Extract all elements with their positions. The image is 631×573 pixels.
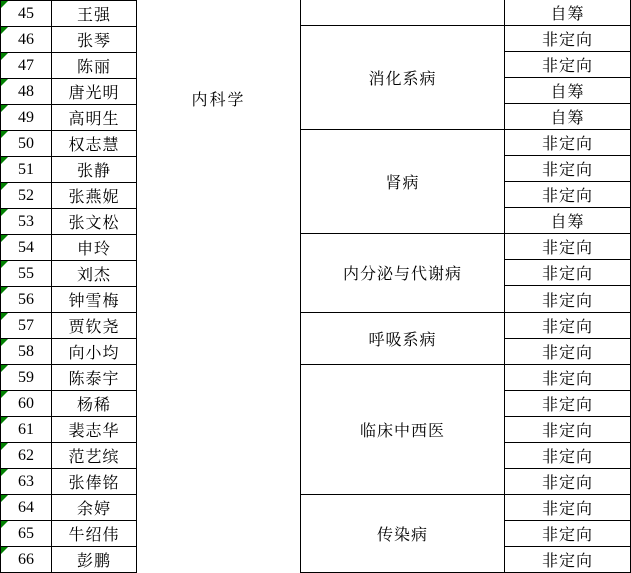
serial-number-cell[interactable]: 56 bbox=[1, 287, 52, 313]
serial-number-cell-text: 61 bbox=[18, 421, 34, 439]
serial-number-cell-text: 50 bbox=[18, 135, 34, 153]
funding-type-cell[interactable]: 非定向 bbox=[505, 443, 631, 469]
cell-error-indicator-triangle-icon bbox=[1, 365, 8, 372]
funding-type-cell-text: 非定向 bbox=[542, 53, 593, 76]
disease-category-cell-text: 临床中西医 bbox=[360, 418, 445, 441]
funding-type-cell-text: 非定向 bbox=[542, 27, 593, 50]
column-funding-type: 自筹非定向非定向自筹自筹非定向非定向非定向自筹非定向非定向非定向非定向非定向非定… bbox=[505, 0, 631, 573]
cell-error-indicator-triangle-icon bbox=[1, 235, 8, 242]
cell-error-indicator-triangle-icon bbox=[1, 261, 8, 268]
funding-type-cell[interactable]: 非定向 bbox=[505, 391, 631, 417]
cell-error-indicator-triangle-icon bbox=[1, 183, 8, 190]
funding-type-cell-text: 自筹 bbox=[550, 1, 584, 24]
funding-type-cell[interactable]: 非定向 bbox=[505, 339, 631, 365]
student-name-cell-text: 裴志华 bbox=[68, 418, 119, 441]
student-name-cell-text: 张燕妮 bbox=[68, 184, 119, 207]
funding-type-cell[interactable]: 自筹 bbox=[505, 0, 631, 26]
funding-type-cell-text: 非定向 bbox=[542, 288, 593, 311]
funding-type-cell[interactable]: 自筹 bbox=[505, 208, 631, 234]
student-name-cell[interactable]: 余婷 bbox=[52, 495, 137, 521]
disease-category-cell-text: 消化系病 bbox=[368, 66, 436, 89]
cell-error-indicator-triangle-icon bbox=[1, 157, 8, 164]
cell-error-indicator-triangle-icon bbox=[1, 313, 8, 320]
student-name-cell[interactable]: 牛绍伟 bbox=[52, 521, 137, 547]
cell-error-indicator-triangle-icon bbox=[1, 27, 8, 34]
cell-error-indicator-triangle-icon bbox=[1, 131, 8, 138]
student-name-cell[interactable]: 裴志华 bbox=[52, 417, 137, 443]
student-name-cell-text: 高明生 bbox=[68, 106, 119, 129]
funding-type-cell-text: 非定向 bbox=[542, 314, 593, 337]
column-student-name: 王强张琴陈丽唐光明高明生权志慧张静张燕妮张文松申玲刘杰钟雪梅贾钦尧向小均陈泰宇杨… bbox=[52, 0, 137, 573]
student-name-cell[interactable]: 张文松 bbox=[52, 209, 137, 235]
funding-type-cell-text: 非定向 bbox=[542, 444, 593, 467]
funding-type-cell-text: 非定向 bbox=[542, 496, 593, 519]
serial-number-cell[interactable]: 59 bbox=[1, 365, 52, 391]
serial-number-cell[interactable]: 65 bbox=[1, 521, 52, 547]
serial-number-cell[interactable]: 52 bbox=[1, 183, 52, 209]
serial-number-cell[interactable]: 58 bbox=[1, 339, 52, 365]
student-name-cell[interactable]: 高明生 bbox=[52, 105, 137, 131]
serial-number-cell-text: 55 bbox=[18, 265, 34, 283]
disease-category-cell[interactable]: 传染病 bbox=[301, 495, 505, 573]
funding-type-cell[interactable]: 自筹 bbox=[505, 78, 631, 104]
funding-type-cell[interactable]: 自筹 bbox=[505, 104, 631, 130]
serial-number-cell-text: 62 bbox=[18, 447, 34, 465]
serial-number-cell[interactable]: 48 bbox=[1, 79, 52, 105]
funding-type-cell[interactable]: 非定向 bbox=[505, 521, 631, 547]
serial-number-cell[interactable]: 63 bbox=[1, 469, 52, 495]
cell-error-indicator-triangle-icon bbox=[1, 105, 8, 112]
cell-error-indicator-triangle-icon bbox=[1, 547, 8, 554]
disease-category-cell[interactable]: 肾病 bbox=[301, 130, 505, 234]
serial-number-cell[interactable]: 66 bbox=[1, 547, 52, 573]
student-name-cell[interactable]: 张俸铭 bbox=[52, 469, 137, 495]
funding-type-cell[interactable]: 非定向 bbox=[505, 365, 631, 391]
serial-number-cell-text: 65 bbox=[18, 525, 34, 543]
student-name-cell-text: 张文松 bbox=[68, 210, 119, 233]
cell-error-indicator-triangle-icon bbox=[1, 391, 8, 398]
cell-error-indicator-triangle-icon bbox=[1, 469, 8, 476]
cell-error-indicator-triangle-icon bbox=[1, 209, 8, 216]
serial-number-cell[interactable]: 45 bbox=[1, 1, 52, 27]
funding-type-cell[interactable]: 非定向 bbox=[505, 260, 631, 286]
student-name-cell[interactable]: 张静 bbox=[52, 157, 137, 183]
column-serial-number: 4546474849505152535455565758596061626364… bbox=[0, 0, 52, 573]
serial-number-cell-text: 63 bbox=[18, 473, 34, 491]
serial-number-cell-text: 57 bbox=[18, 317, 34, 335]
funding-type-cell[interactable]: 非定向 bbox=[505, 130, 631, 156]
serial-number-cell-text: 51 bbox=[18, 161, 34, 179]
student-name-cell[interactable]: 杨稀 bbox=[52, 391, 137, 417]
student-name-cell-text: 范艺缤 bbox=[68, 444, 119, 467]
serial-number-cell-text: 59 bbox=[18, 369, 34, 387]
serial-number-cell[interactable]: 54 bbox=[1, 235, 52, 261]
student-name-cell-text: 彭鹏 bbox=[77, 548, 111, 571]
serial-number-cell[interactable]: 53 bbox=[1, 209, 52, 235]
disease-category-cell-text: 呼吸系病 bbox=[368, 327, 436, 350]
serial-number-cell-text: 52 bbox=[18, 187, 34, 205]
student-name-cell[interactable]: 张琴 bbox=[52, 27, 137, 53]
disease-category-cell-text: 肾病 bbox=[385, 170, 419, 193]
funding-type-cell[interactable]: 非定向 bbox=[505, 26, 631, 52]
funding-type-cell-text: 非定向 bbox=[542, 131, 593, 154]
serial-number-cell-text: 56 bbox=[18, 291, 34, 309]
serial-number-cell-text: 47 bbox=[18, 57, 34, 75]
serial-number-cell-text: 60 bbox=[18, 395, 34, 413]
student-name-cell-text: 陈丽 bbox=[77, 54, 111, 77]
serial-number-cell[interactable]: 55 bbox=[1, 261, 52, 287]
funding-type-cell-text: 非定向 bbox=[542, 548, 593, 571]
student-name-cell-text: 权志慧 bbox=[68, 132, 119, 155]
serial-number-cell[interactable]: 61 bbox=[1, 417, 52, 443]
student-name-cell-text: 王强 bbox=[77, 2, 111, 25]
cell-error-indicator-triangle-icon bbox=[1, 1, 8, 8]
disease-category-cell[interactable]: 内分泌与代谢病 bbox=[301, 234, 505, 312]
student-name-cell[interactable]: 王强 bbox=[52, 1, 137, 27]
student-name-cell-text: 张俸铭 bbox=[68, 470, 119, 493]
serial-number-cell[interactable]: 64 bbox=[1, 495, 52, 521]
cell-error-indicator-triangle-icon bbox=[1, 443, 8, 450]
student-name-cell-text: 张琴 bbox=[77, 28, 111, 51]
cell-error-indicator-triangle-icon bbox=[1, 79, 8, 86]
serial-number-cell-text: 66 bbox=[18, 551, 34, 569]
student-name-cell-text: 刘杰 bbox=[77, 262, 111, 285]
serial-number-cell-text: 45 bbox=[18, 5, 34, 23]
student-name-cell[interactable]: 陈泰宇 bbox=[52, 365, 137, 391]
funding-type-cell[interactable]: 非定向 bbox=[505, 417, 631, 443]
disease-category-cell[interactable]: 临床中西医 bbox=[301, 365, 505, 495]
serial-number-cell[interactable]: 57 bbox=[1, 313, 52, 339]
serial-number-cell-text: 53 bbox=[18, 213, 34, 231]
funding-type-cell[interactable]: 非定向 bbox=[505, 469, 631, 495]
student-name-cell[interactable]: 唐光明 bbox=[52, 79, 137, 105]
student-name-cell[interactable]: 刘杰 bbox=[52, 261, 137, 287]
serial-number-cell-text: 49 bbox=[18, 109, 34, 127]
serial-number-cell-text: 64 bbox=[18, 499, 34, 517]
funding-type-cell-text: 非定向 bbox=[542, 183, 593, 206]
funding-type-cell-text: 自筹 bbox=[550, 209, 584, 232]
student-name-cell-text: 钟雪梅 bbox=[68, 288, 119, 311]
serial-number-cell[interactable]: 50 bbox=[1, 131, 52, 157]
student-name-cell[interactable]: 权志慧 bbox=[52, 131, 137, 157]
student-name-cell[interactable]: 贾钦尧 bbox=[52, 313, 137, 339]
funding-type-cell[interactable]: 非定向 bbox=[505, 182, 631, 208]
funding-type-cell[interactable]: 非定向 bbox=[505, 234, 631, 260]
student-name-cell[interactable]: 陈丽 bbox=[52, 53, 137, 79]
funding-type-cell-text: 非定向 bbox=[542, 157, 593, 180]
disease-category-cell[interactable] bbox=[301, 0, 505, 26]
funding-type-cell[interactable]: 非定向 bbox=[505, 156, 631, 182]
column-disease-category: 消化系病肾病内分泌与代谢病呼吸系病临床中西医传染病 bbox=[301, 0, 505, 573]
cell-error-indicator-triangle-icon bbox=[1, 339, 8, 346]
student-name-cell-text: 申玲 bbox=[77, 236, 111, 259]
column-subject-merged-cell[interactable]: 内科学 bbox=[137, 0, 301, 573]
student-name-cell[interactable]: 张燕妮 bbox=[52, 183, 137, 209]
student-name-cell-text: 杨稀 bbox=[77, 392, 111, 415]
funding-type-cell-text: 非定向 bbox=[542, 366, 593, 389]
serial-number-cell[interactable]: 46 bbox=[1, 27, 52, 53]
serial-number-cell-text: 58 bbox=[18, 343, 34, 361]
student-name-cell-text: 余婷 bbox=[77, 496, 111, 519]
student-name-cell-text: 张静 bbox=[77, 158, 111, 181]
disease-category-cell[interactable]: 呼吸系病 bbox=[301, 313, 505, 365]
funding-type-cell[interactable]: 非定向 bbox=[505, 547, 631, 573]
student-name-cell-text: 贾钦尧 bbox=[68, 314, 119, 337]
funding-type-cell[interactable]: 非定向 bbox=[505, 52, 631, 78]
funding-type-cell-text: 非定向 bbox=[542, 340, 593, 363]
funding-type-cell[interactable]: 非定向 bbox=[505, 313, 631, 339]
funding-type-cell[interactable]: 非定向 bbox=[505, 286, 631, 312]
cell-error-indicator-triangle-icon bbox=[1, 53, 8, 60]
student-name-cell-text: 陈泰宇 bbox=[68, 366, 119, 389]
student-name-cell[interactable]: 钟雪梅 bbox=[52, 287, 137, 313]
funding-type-cell-text: 非定向 bbox=[542, 392, 593, 415]
serial-number-cell[interactable]: 47 bbox=[1, 53, 52, 79]
student-name-cell-text: 向小均 bbox=[68, 340, 119, 363]
funding-type-cell-text: 非定向 bbox=[542, 235, 593, 258]
disease-category-cell[interactable]: 消化系病 bbox=[301, 26, 505, 130]
subject-label: 内科学 bbox=[137, 88, 300, 114]
cell-error-indicator-triangle-icon bbox=[1, 521, 8, 528]
serial-number-cell[interactable]: 49 bbox=[1, 105, 52, 131]
funding-type-cell-text: 自筹 bbox=[550, 79, 584, 102]
spreadsheet-table: 4546474849505152535455565758596061626364… bbox=[0, 0, 631, 573]
serial-number-cell-text: 48 bbox=[18, 83, 34, 101]
student-name-cell-text: 牛绍伟 bbox=[68, 522, 119, 545]
student-name-cell[interactable]: 彭鹏 bbox=[52, 547, 137, 573]
serial-number-cell[interactable]: 62 bbox=[1, 443, 52, 469]
disease-category-cell-text: 内分泌与代谢病 bbox=[343, 261, 462, 284]
serial-number-cell[interactable]: 51 bbox=[1, 157, 52, 183]
cell-error-indicator-triangle-icon bbox=[1, 417, 8, 424]
serial-number-cell[interactable]: 60 bbox=[1, 391, 52, 417]
cell-error-indicator-triangle-icon bbox=[1, 287, 8, 294]
funding-type-cell-text: 自筹 bbox=[550, 105, 584, 128]
funding-type-cell-text: 非定向 bbox=[542, 418, 593, 441]
funding-type-cell[interactable]: 非定向 bbox=[505, 495, 631, 521]
cell-error-indicator-triangle-icon bbox=[1, 495, 8, 502]
serial-number-cell-text: 46 bbox=[18, 31, 34, 49]
funding-type-cell-text: 非定向 bbox=[542, 522, 593, 545]
disease-category-cell-text: 传染病 bbox=[377, 522, 428, 545]
student-name-cell[interactable]: 向小均 bbox=[52, 339, 137, 365]
student-name-cell[interactable]: 范艺缤 bbox=[52, 443, 137, 469]
funding-type-cell-text: 非定向 bbox=[542, 470, 593, 493]
funding-type-cell-text: 非定向 bbox=[542, 261, 593, 284]
student-name-cell[interactable]: 申玲 bbox=[52, 235, 137, 261]
serial-number-cell-text: 54 bbox=[18, 239, 34, 257]
student-name-cell-text: 唐光明 bbox=[68, 80, 119, 103]
